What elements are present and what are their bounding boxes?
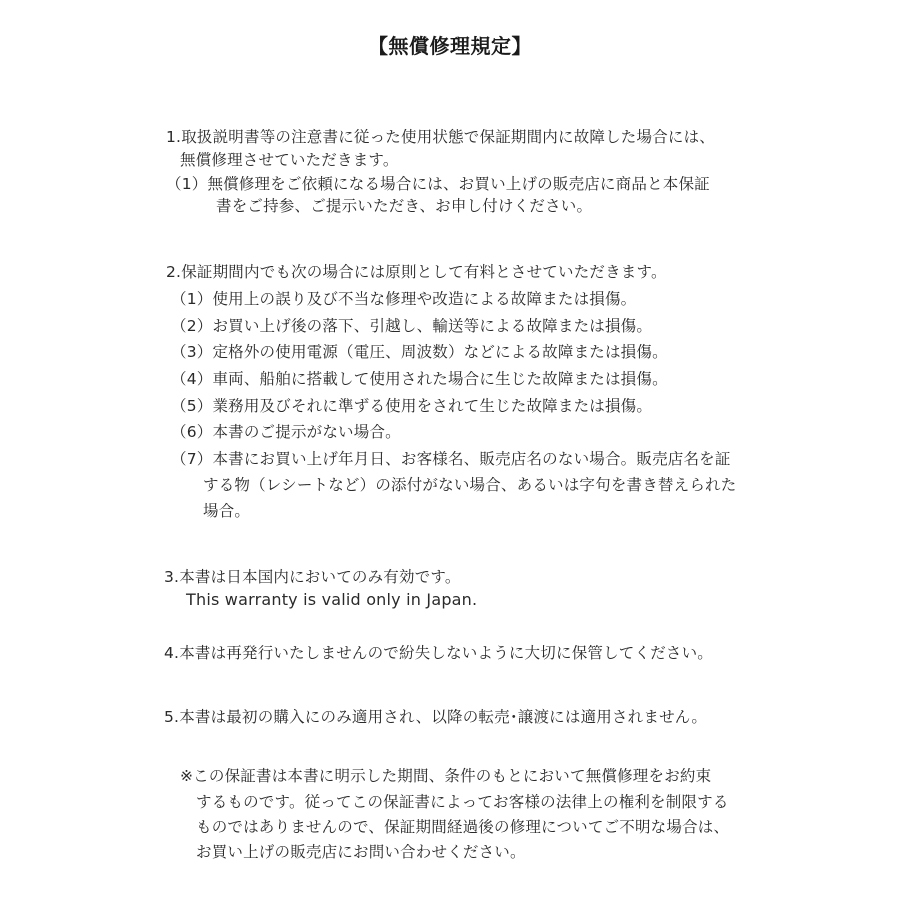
section-2-item-2: （2）お買い上げ後の落下、引越し、輸送等による故障または損傷。 — [171, 316, 652, 336]
section-5-text: 5.本書は最初の購入にのみ適用され、以降の転売･譲渡には適用されません。 — [164, 707, 707, 727]
section-2-item-7: （7）本書にお買い上げ年月日、お客様名、販売店名のない場合。販売店名を証 — [171, 449, 731, 469]
note-line-2: するものです。従ってこの保証書によってお客様の法律上の権利を制限する — [196, 792, 729, 812]
section-1-heading: 1.取扱説明書等の注意書に従った使用状態で保証期間内に故障した場合には、 — [166, 127, 715, 147]
section-2-item-5: （5）業務用及びそれに準ずる使用をされて生じた故障または損傷。 — [171, 396, 652, 416]
section-3-english: This warranty is valid only in Japan. — [186, 590, 477, 610]
document-title: 【無償修理規定】 — [0, 30, 900, 59]
section-3-text: 3.本書は日本国内においてのみ有効です。 — [164, 567, 461, 587]
section-2-item-4: （4）車両、船舶に搭載して使用された場合に生じた故障または損傷。 — [171, 369, 668, 389]
note-line-1: ※この保証書は本書に明示した期間、条件のもとにおいて無償修理をお約束 — [180, 766, 711, 786]
section-2-item-7-cont-2: 場合。 — [203, 501, 250, 521]
section-2-item-6: （6）本書のご提示がない場合。 — [171, 422, 401, 442]
section-4-text: 4.本書は再発行いたしませんので紛失しないように大切に保管してください。 — [164, 643, 713, 663]
section-1-item-1: （1）無償修理をご依頼になる場合には、お買い上げの販売店に商品と本保証 — [166, 174, 710, 194]
note-line-4: お買い上げの販売店にお問い合わせください。 — [196, 842, 526, 862]
note-line-3: ものではありませんので、保証期間経過後の修理についてご不明な場合は、 — [196, 817, 729, 837]
section-2-item-7-cont-1: する物（レシートなど）の添付がない場合、あるいは字句を書き替えられた — [203, 475, 736, 495]
section-1-item-1-cont: 書をご持参、ご提示いただき、お申し付けください。 — [216, 196, 592, 216]
section-2-item-3: （3）定格外の使用電源（電圧、周波数）などによる故障または損傷。 — [171, 342, 668, 362]
section-2-item-1: （1）使用上の誤り及び不当な修理や改造による故障または損傷。 — [171, 289, 636, 309]
section-1-heading-cont: 無償修理させていただきます。 — [180, 150, 399, 170]
section-2-heading: 2.保証期間内でも次の場合には原則として有料とさせていただきます。 — [166, 262, 667, 282]
